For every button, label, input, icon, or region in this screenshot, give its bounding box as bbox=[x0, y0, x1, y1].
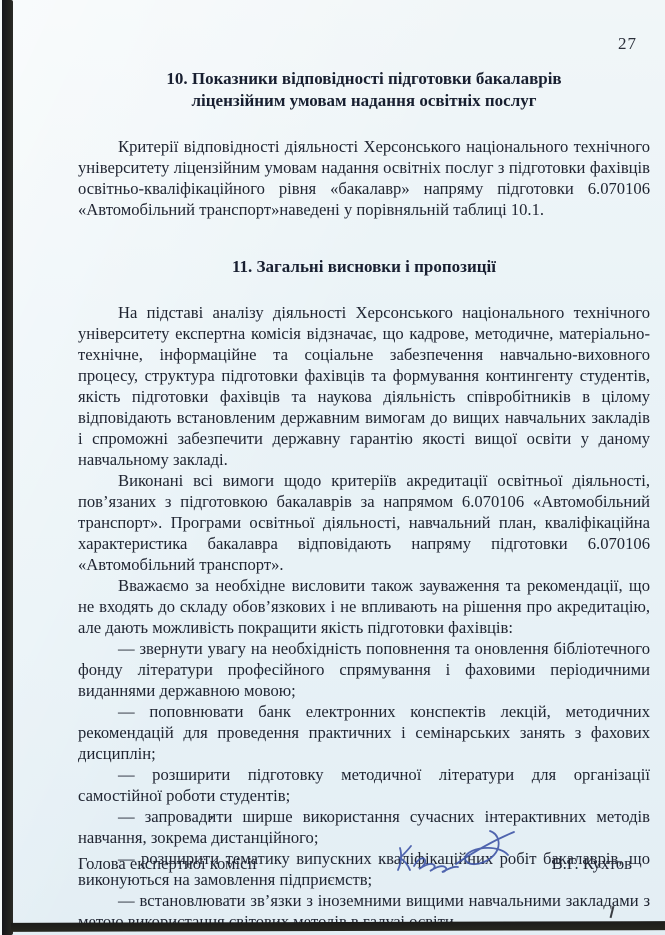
page-content: 10. Показники відповідності підготовки б… bbox=[78, 68, 650, 932]
section-11-paragraph: На підставі аналізу діяльності Херсонськ… bbox=[78, 302, 650, 470]
scan-edge-left bbox=[2, 0, 13, 935]
scan-edge-bottom bbox=[11, 921, 665, 932]
signature-role-label: Голова експертної комісії bbox=[78, 854, 257, 874]
signature-handwriting bbox=[393, 824, 528, 886]
recommendation-item: — звернути увагу на необхідність поповне… bbox=[78, 638, 650, 701]
recommendation-item: — поповнювати банк електронних конспекті… bbox=[78, 701, 650, 764]
section-11-paragraph: Виконані всі вимоги щодо критеріїв акред… bbox=[78, 470, 650, 575]
recommendation-item: — розширити підготовку методичної літера… bbox=[78, 764, 650, 806]
section-11-heading: 11. Загальні висновки і пропозиції bbox=[78, 256, 650, 278]
signature-block: Голова експертної комісії В.Г. Кухтов bbox=[78, 838, 650, 898]
signature-name: В.Г. Кухтов bbox=[552, 854, 632, 874]
section-10-heading-line2: ліцензійним умовам надання освітніх посл… bbox=[192, 91, 537, 110]
document-page: 27 10. Показники відповідності підготовк… bbox=[13, 0, 665, 935]
page-number: 27 bbox=[618, 34, 637, 54]
section-11-paragraph: Вважаємо за необхідне висловити також за… bbox=[78, 575, 650, 638]
section-10-heading: 10. Показники відповідності підготовки б… bbox=[78, 68, 650, 112]
section-10-paragraph: Критерії відповідності діяльності Херсон… bbox=[78, 136, 650, 220]
section-10-heading-line1: 10. Показники відповідності підготовки б… bbox=[166, 69, 561, 88]
